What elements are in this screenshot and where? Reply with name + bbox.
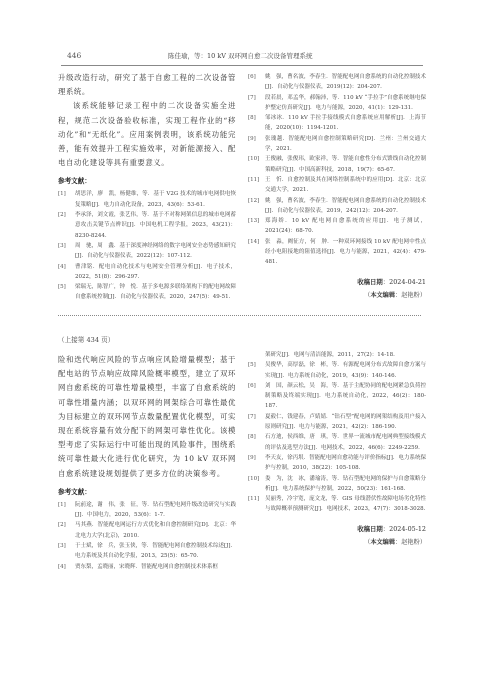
reference-continuation: 架研究[J]．电网与清洁能源，2011，27(2)：14-18.: [248, 350, 426, 360]
reference-item: [6]姚 强，曹名波，李春生．智能配电网自愈系统的自动化控制技术[J]．自动化与…: [248, 72, 426, 93]
reference-item: [9]张瑰越．智能配电网自愈控制策略研究[D]．兰州：兰州交通大学，2021.: [248, 134, 426, 155]
reference-item: [2]李承泽，刘文霞，张艺伟，等．基于不对称网架信息的城市电网蓄意攻击关键节点辨…: [58, 210, 236, 241]
bottom-right-column: 架研究[J]．电网与清洁能源，2011，27(2)：14-18. [5]吴俊华，…: [248, 350, 426, 546]
editor-credit: （本文编辑：赵艳粉）: [248, 290, 426, 299]
section-divider: [58, 315, 421, 316]
reference-item: [1]阮前途，谢 伟，张 征，等．钻石型配电网升级改造研究与实践[J]．中国电力…: [58, 500, 236, 521]
reference-item: [5]吴俊华，高厚磊，徐 彬，等．有源配电网分布式故障自愈方案与实现[J]．电力…: [248, 360, 426, 381]
references-heading: 参考文献：: [58, 486, 236, 496]
references-heading: 参考文献：: [58, 175, 236, 185]
reference-item: [8]石方迪，侯西维，唐 琪，等．世界一流城市配电网典型接线模式的评估及选型方法…: [248, 432, 426, 453]
bottom-left-column: 险和迭代响应风险的节点响应风险增量模型；基于配电站的节点响应故障风险概率模型，建…: [58, 353, 236, 572]
reference-item: [10]娄 为，沈 冰，潘瑜涛，等．钻石型配电网的保护与自愈策略分析[J]．电力…: [248, 474, 426, 495]
reference-item: [7]夏毅仁，钱建春，卢婧婧．“钻石型”配电网的网架结构及用户接入原则研究[J]…: [248, 412, 426, 433]
reference-item: [8]邹冰冰．110 kV 手拉手接线模式自愈系统应用解析[J]．上海节能，20…: [248, 113, 426, 134]
continuation-note: （上接第 434 页）: [58, 334, 114, 344]
reference-item: [5]梁瑞无，陈智广，钟 悦．基于多电源多联络架构下的配电网故障自愈系统控制[J…: [58, 282, 236, 303]
reference-item: [1]胡思洋，廖 凯，杨健维，等．基于 V2G 技术的城市电网供电恢复策略[J]…: [58, 189, 236, 210]
top-right-column: [6]姚 强，曹名波，李春生．智能配电网自愈系统的自动化控制技术[J]．自动化与…: [248, 72, 426, 299]
body-paragraph: 险和迭代响应风险的节点响应风险增量模型；基于配电站的节点响应故障风险概率模型，建…: [58, 353, 236, 481]
top-left-column: 升级改造行动，研究了基于自愈工程的二次设备管理系统。 该系统能够记录工程中的二次…: [58, 71, 236, 303]
reference-item: [4]贾东梨，孟晓丽，宋晓辉．智能配电网自愈控制技术体系框: [58, 562, 236, 572]
reference-item: [6]刘 国，颜云松，吴 海，等．基于主配协同的配电网紧急负荷控制策略及终端实现…: [248, 381, 426, 412]
reference-item: [3]周 驰，周 鑫．基于深度神经网络的数字电网安全态势感知研究[J]．自动化与…: [58, 241, 236, 262]
reference-item: [2]马其燕．智能配电网运行方式优化和自愈控制研究[D]．北京：华北电力大学(北…: [58, 520, 236, 541]
reference-item: [9]李天友，徐丙垠．智能配电网自愈功能与评价指标[J]．电力系统保护与控制，2…: [248, 453, 426, 474]
reference-item: [11]王 忻．自愈控制及其在网络控制系统中的应用[D]．北京：北京交通大学，2…: [248, 175, 426, 196]
page-number: 446: [67, 51, 81, 60]
reference-item: [12]姚 强，曹名波，李春生．智能配电网自愈系统的自动化控制技术[J]．自动化…: [248, 196, 426, 217]
editor-credit: （本文编辑：赵艳粉）: [248, 537, 426, 546]
reference-item: [13]郑海娇．10 kV 配电网自愈系统的应用[J]．电子测试，2021(24…: [248, 216, 426, 237]
body-paragraph: 该系统能够记录工程中的二次设备实施全进程，规范二次设备验收标准，实现工程作业的“…: [58, 99, 236, 170]
body-paragraph: 升级改造行动，研究了基于自愈工程的二次设备管理系统。: [58, 71, 236, 99]
reference-item: [10]王俊融，张俊玮，欧家祥，等．智能自愈性分布式馈线自动化控制策略研究[J]…: [248, 154, 426, 175]
reference-item: [11]吴丽秀，冷宇宽，庞文龙，等．GIS 母线潜伏性故障电场劣化特性与故障概率…: [248, 494, 426, 515]
received-date: 收稿日期：2024-04-21: [248, 277, 426, 286]
reference-item: [3]于士斌，徐 兵，张玉侠，等．智能配电网自愈控制技术综述[J]．电力系统及其…: [58, 541, 236, 562]
reference-item: [7]段若晨，邓孟华，郝翰沛，等．110 kV “手拉手”自愈系统继电保护整定仿…: [248, 93, 426, 114]
page-header: 446 陈佳瑜，等：10 kV 双环网自愈二次设备管理系统: [61, 51, 423, 66]
received-date: 收稿日期：2024-05-12: [248, 524, 426, 533]
reference-item: [14]张 淼，阙征方，何 肿．一种双环网接线 10 kV 配电网中性点经小电阻…: [248, 237, 426, 268]
reference-item: [4]曹津铭．配电自动化技术与电网安全管理分析[J]．电子技术，2022，51(…: [58, 262, 236, 283]
running-title: 陈佳瑜，等：10 kV 双环网自愈二次设备管理系统: [168, 51, 313, 60]
